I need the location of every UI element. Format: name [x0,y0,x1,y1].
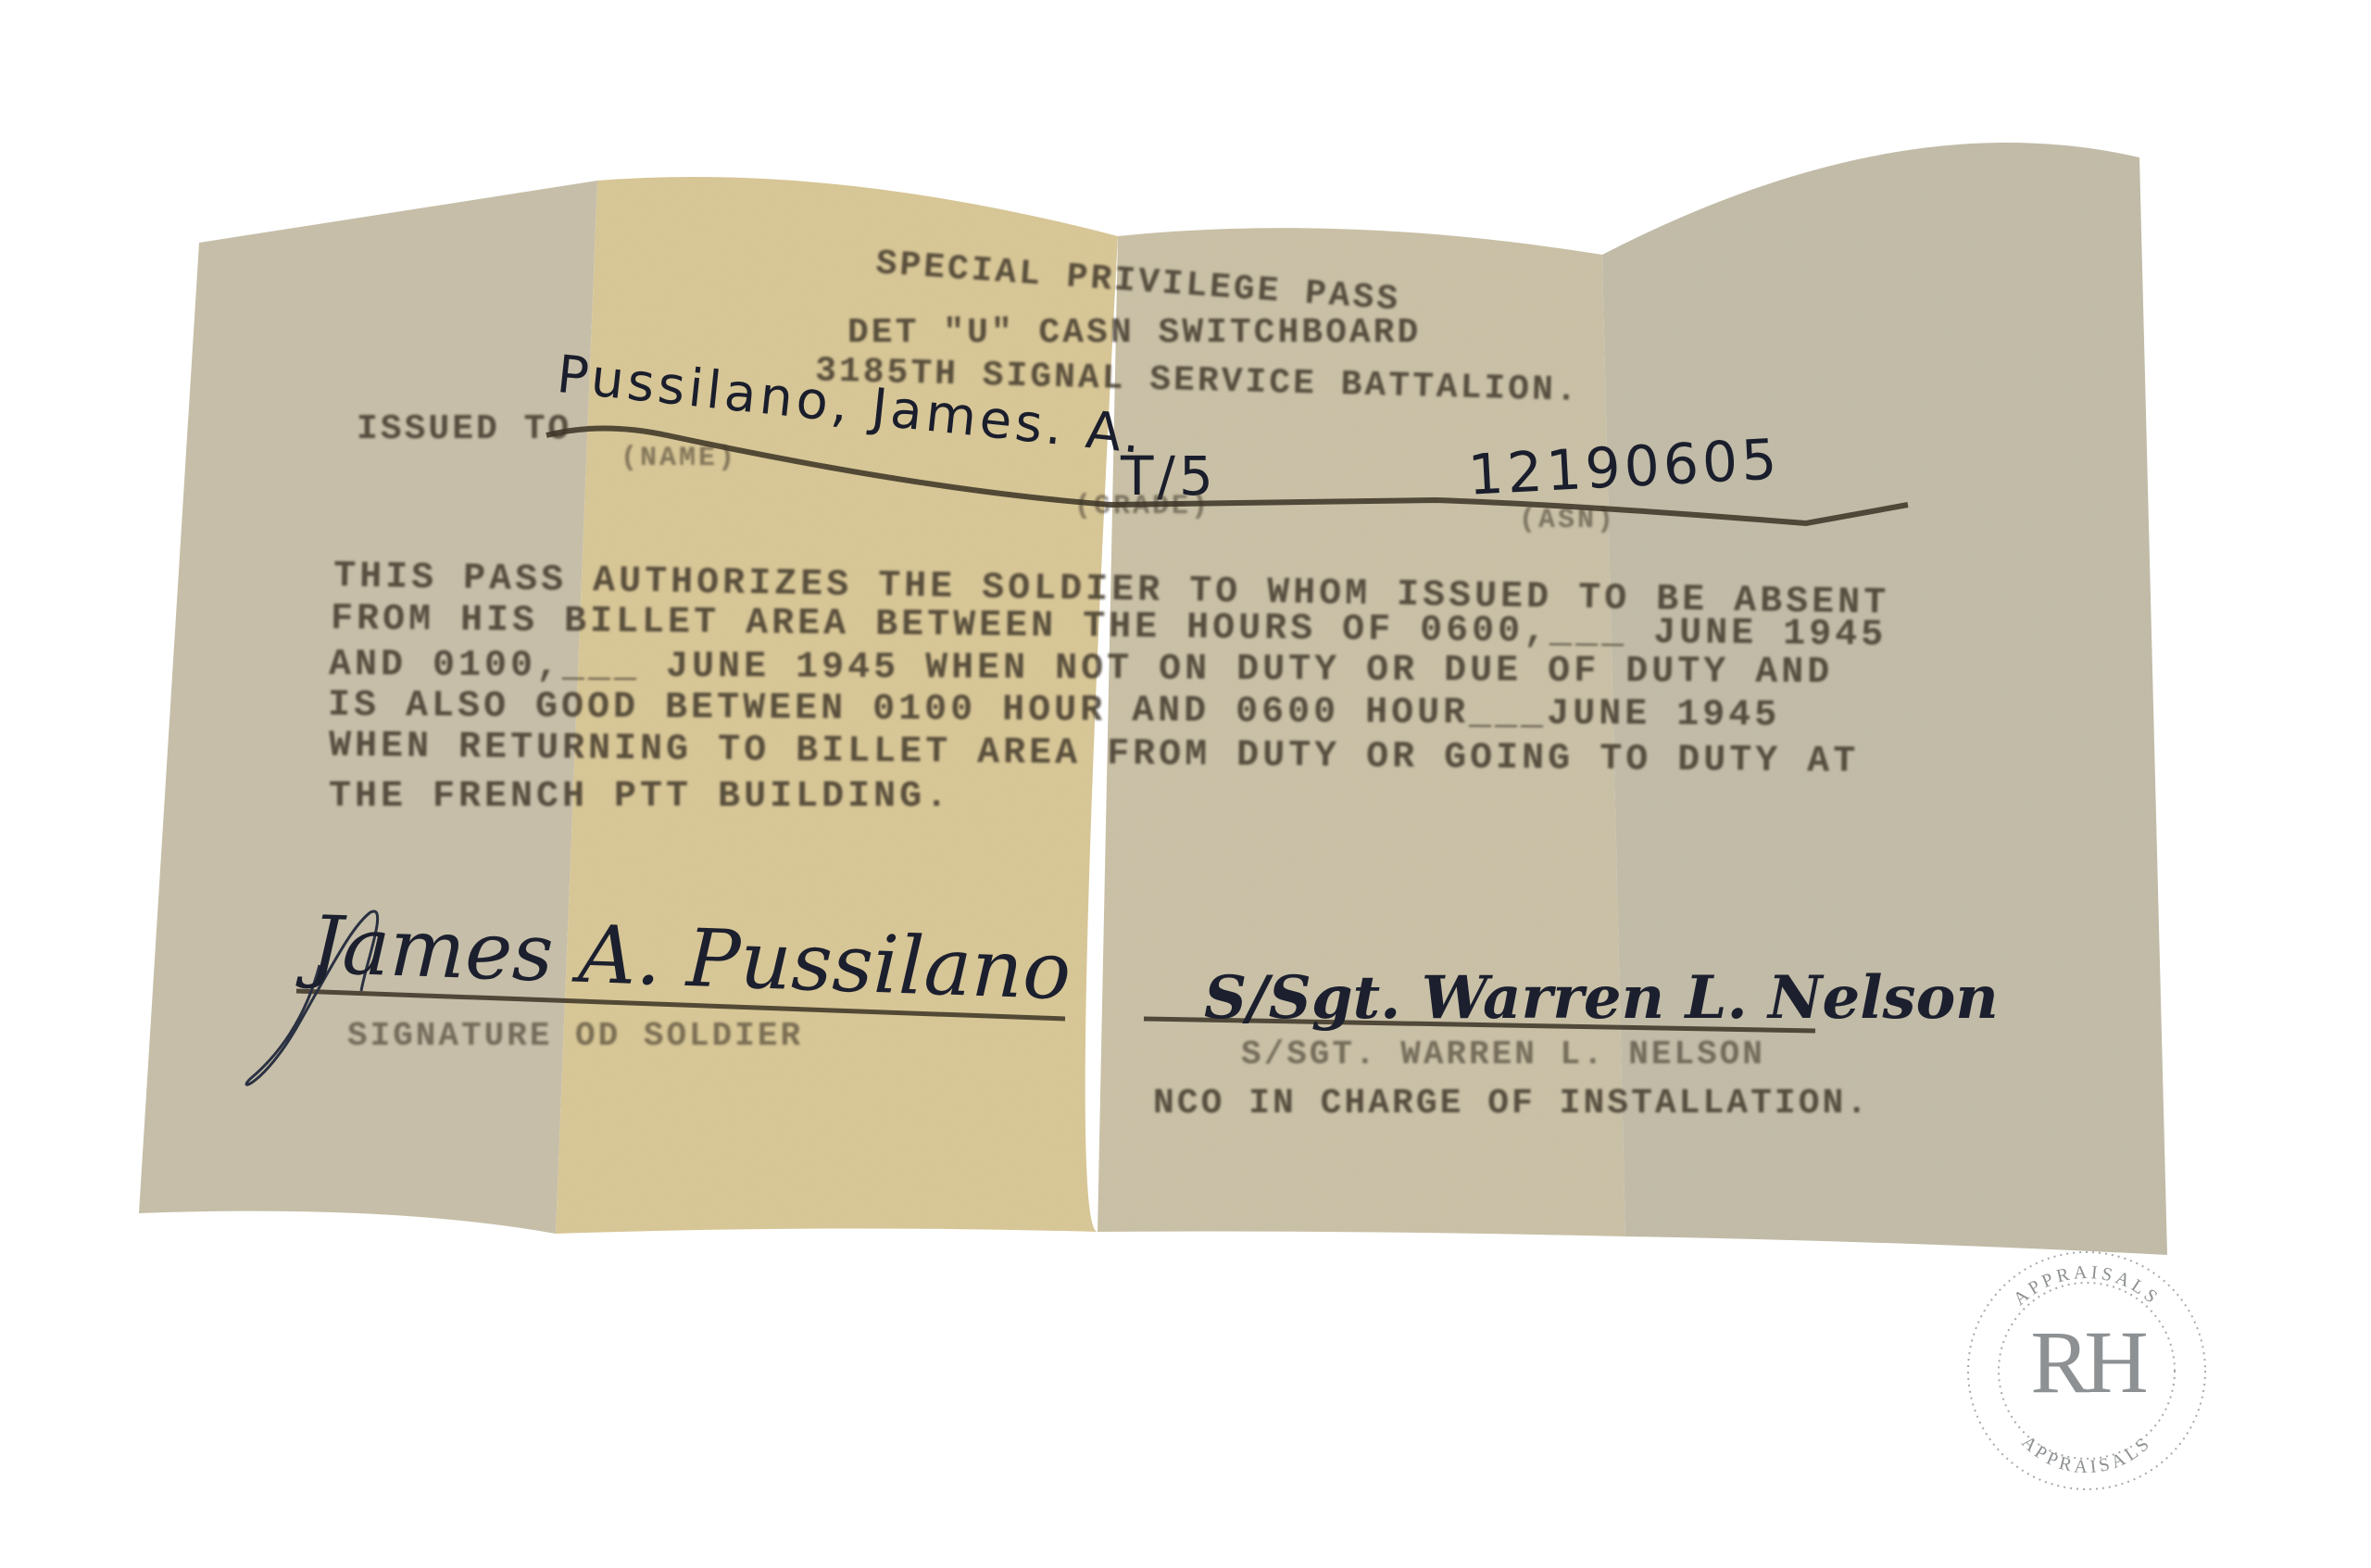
rh-appraisals-watermark: APPRAISALS APPRAISALS RH [1962,1246,2212,1496]
nco-signature: S/Sgt. Warren L. Nelson [1204,963,1999,1033]
watermark-bottom-text: APPRAISALS [2017,1432,2155,1477]
svg-text:APPRAISALS: APPRAISALS [2010,1262,2164,1310]
svg-text:APPRAISALS: APPRAISALS [2017,1432,2155,1477]
watermark-top-text: APPRAISALS [2010,1262,2164,1310]
grade-field-label: (GRADE) [1074,491,1211,522]
asn-field-label: (ASN) [1519,505,1616,536]
soldier-signature-label: SIGNATURE OD SOLDIER [347,1017,803,1055]
nco-title: NCO IN CHARGE OF INSTALLATION. [1153,1084,1870,1123]
name-field-label: (NAME) [621,443,737,474]
issued-to-label: ISSUED TO [357,409,571,449]
nco-typed-name: S/SGT. WARREN L. NELSON [1241,1035,1765,1073]
body-line-6: THE FRENCH PTT BUILDING. [329,776,951,818]
header-line-2: DET "U" CASN SWITCHBOARD [847,313,1421,353]
watermark-letters: RH [1962,1311,2212,1413]
